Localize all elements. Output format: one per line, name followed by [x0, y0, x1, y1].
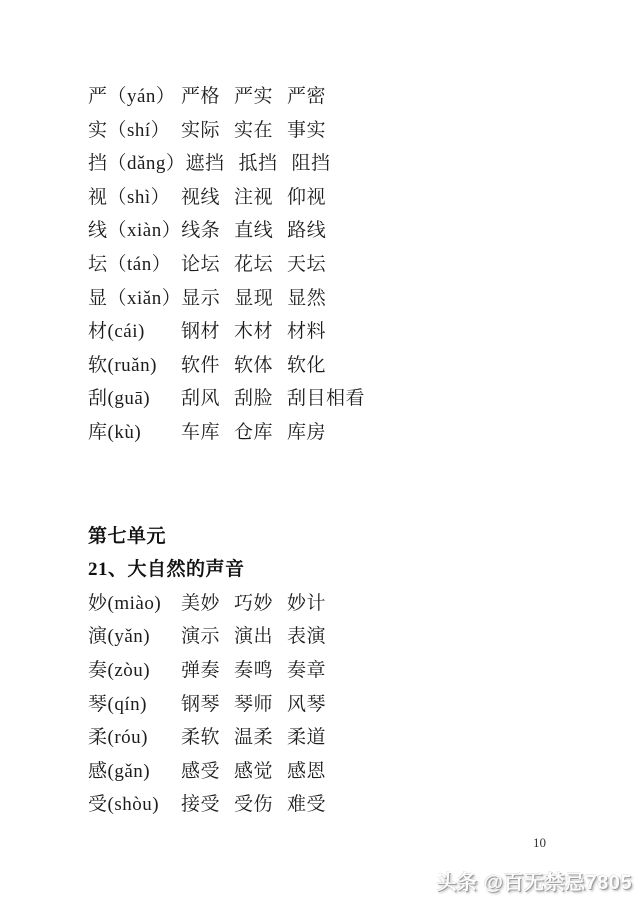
- character-pinyin: 显（xiǎn）: [88, 282, 181, 316]
- example-word: 材料: [287, 315, 326, 349]
- example-word: 妙计: [287, 587, 326, 621]
- character-pinyin: 材(cái): [88, 315, 181, 349]
- example-word: 感恩: [287, 755, 326, 789]
- example-word: 花坛: [234, 248, 273, 282]
- example-word: 注视: [234, 181, 273, 215]
- example-word: 天坛: [287, 248, 326, 282]
- example-word: 严格: [181, 80, 220, 114]
- word-row: 实（shí）实际实在事实: [88, 114, 379, 148]
- word-row: 刮(guā)刮风刮脸刮目相看: [88, 382, 379, 416]
- example-word: 直线: [234, 214, 273, 248]
- example-word: 风琴: [287, 688, 326, 722]
- example-word: 接受: [181, 788, 220, 822]
- example-word: 路线: [287, 214, 326, 248]
- unit7-word-list: 妙(miào)美妙巧妙妙计演(yǎn)演示演出表演奏(zòu)弹奏奏鸣奏章琴(q…: [88, 587, 379, 822]
- example-word: 柔道: [287, 721, 326, 755]
- unit6-word-list: 严（yán）严格严实严密实（shí）实际实在事实挡（dǎng）遮挡抵挡阻挡视（s…: [88, 80, 379, 450]
- example-word: 巧妙: [234, 587, 273, 621]
- example-word: 视线: [181, 181, 220, 215]
- example-word: 受伤: [234, 788, 273, 822]
- word-row: 琴(qín)钢琴琴师风琴: [88, 688, 379, 722]
- example-word: 刮目相看: [287, 382, 365, 416]
- word-row: 柔(róu)柔软温柔柔道: [88, 721, 379, 755]
- character-pinyin: 软(ruǎn): [88, 349, 181, 383]
- example-word: 阻挡: [291, 147, 330, 181]
- example-word: 遮挡: [185, 147, 224, 181]
- example-word: 仰视: [287, 181, 326, 215]
- example-word: 柔软: [181, 721, 220, 755]
- example-word: 难受: [287, 788, 326, 822]
- example-word: 线条: [181, 214, 220, 248]
- character-pinyin: 柔(róu): [88, 721, 181, 755]
- character-pinyin: 奏(zòu): [88, 654, 181, 688]
- character-pinyin: 演(yǎn): [88, 620, 181, 654]
- example-word: 琴师: [234, 688, 273, 722]
- example-word: 库房: [287, 416, 326, 450]
- example-word: 显示: [181, 282, 220, 316]
- example-word: 感受: [181, 755, 220, 789]
- example-word: 奏鸣: [234, 654, 273, 688]
- example-word: 严实: [234, 80, 273, 114]
- example-word: 显然: [287, 282, 326, 316]
- word-row: 演(yǎn)演示演出表演: [88, 620, 379, 654]
- example-word: 严密: [287, 80, 326, 114]
- example-word: 美妙: [181, 587, 220, 621]
- example-word: 实际: [181, 114, 220, 148]
- example-word: 实在: [234, 114, 273, 148]
- character-pinyin: 线（xiàn）: [88, 214, 181, 248]
- word-row: 挡（dǎng）遮挡抵挡阻挡: [88, 147, 379, 181]
- character-pinyin: 视（shì）: [88, 181, 181, 215]
- example-word: 感觉: [234, 755, 273, 789]
- word-row: 奏(zòu)弹奏奏鸣奏章: [88, 654, 379, 688]
- example-word: 演示: [181, 620, 220, 654]
- character-pinyin: 琴(qín): [88, 688, 181, 722]
- word-row: 感(gǎn)感受感觉感恩: [88, 755, 379, 789]
- example-word: 论坛: [181, 248, 220, 282]
- example-word: 奏章: [287, 654, 326, 688]
- word-row: 线（xiàn）线条直线路线: [88, 214, 379, 248]
- section-spacer: [88, 450, 379, 520]
- character-pinyin: 挡（dǎng）: [88, 147, 185, 181]
- example-word: 仓库: [234, 416, 273, 450]
- example-word: 抵挡: [238, 147, 277, 181]
- unit7-heading: 第七单元: [88, 520, 379, 554]
- character-pinyin: 受(shòu): [88, 788, 181, 822]
- word-row: 材(cái)钢材木材材料: [88, 315, 379, 349]
- word-row: 坛（tán）论坛花坛天坛: [88, 248, 379, 282]
- example-word: 车库: [181, 416, 220, 450]
- character-pinyin: 感(gǎn): [88, 755, 181, 789]
- example-word: 弹奏: [181, 654, 220, 688]
- lesson21-heading: 21、大自然的声音: [88, 553, 379, 587]
- example-word: 软化: [287, 349, 326, 383]
- example-word: 软件: [181, 349, 220, 383]
- example-word: 温柔: [234, 721, 273, 755]
- toutiao-watermark: 头条 @百无禁忌7805: [436, 866, 632, 895]
- example-word: 木材: [234, 315, 273, 349]
- example-word: 显现: [234, 282, 273, 316]
- document-page: 严（yán）严格严实严密实（shí）实际实在事实挡（dǎng）遮挡抵挡阻挡视（s…: [88, 80, 379, 822]
- example-word: 刮脸: [234, 382, 273, 416]
- example-word: 事实: [287, 114, 326, 148]
- character-pinyin: 妙(miào): [88, 587, 181, 621]
- character-pinyin: 严（yán）: [88, 80, 181, 114]
- word-row: 库(kù)车库仓库库房: [88, 416, 379, 450]
- page-number: 10: [533, 835, 546, 851]
- word-row: 软(ruǎn)软件软体软化: [88, 349, 379, 383]
- example-word: 钢琴: [181, 688, 220, 722]
- character-pinyin: 坛（tán）: [88, 248, 181, 282]
- example-word: 表演: [287, 620, 326, 654]
- character-pinyin: 刮(guā): [88, 382, 181, 416]
- word-row: 显（xiǎn）显示显现显然: [88, 282, 379, 316]
- word-row: 妙(miào)美妙巧妙妙计: [88, 587, 379, 621]
- example-word: 软体: [234, 349, 273, 383]
- character-pinyin: 库(kù): [88, 416, 181, 450]
- word-row: 严（yán）严格严实严密: [88, 80, 379, 114]
- character-pinyin: 实（shí）: [88, 114, 181, 148]
- example-word: 演出: [234, 620, 273, 654]
- word-row: 视（shì）视线注视仰视: [88, 181, 379, 215]
- word-row: 受(shòu)接受受伤难受: [88, 788, 379, 822]
- example-word: 钢材: [181, 315, 220, 349]
- example-word: 刮风: [181, 382, 220, 416]
